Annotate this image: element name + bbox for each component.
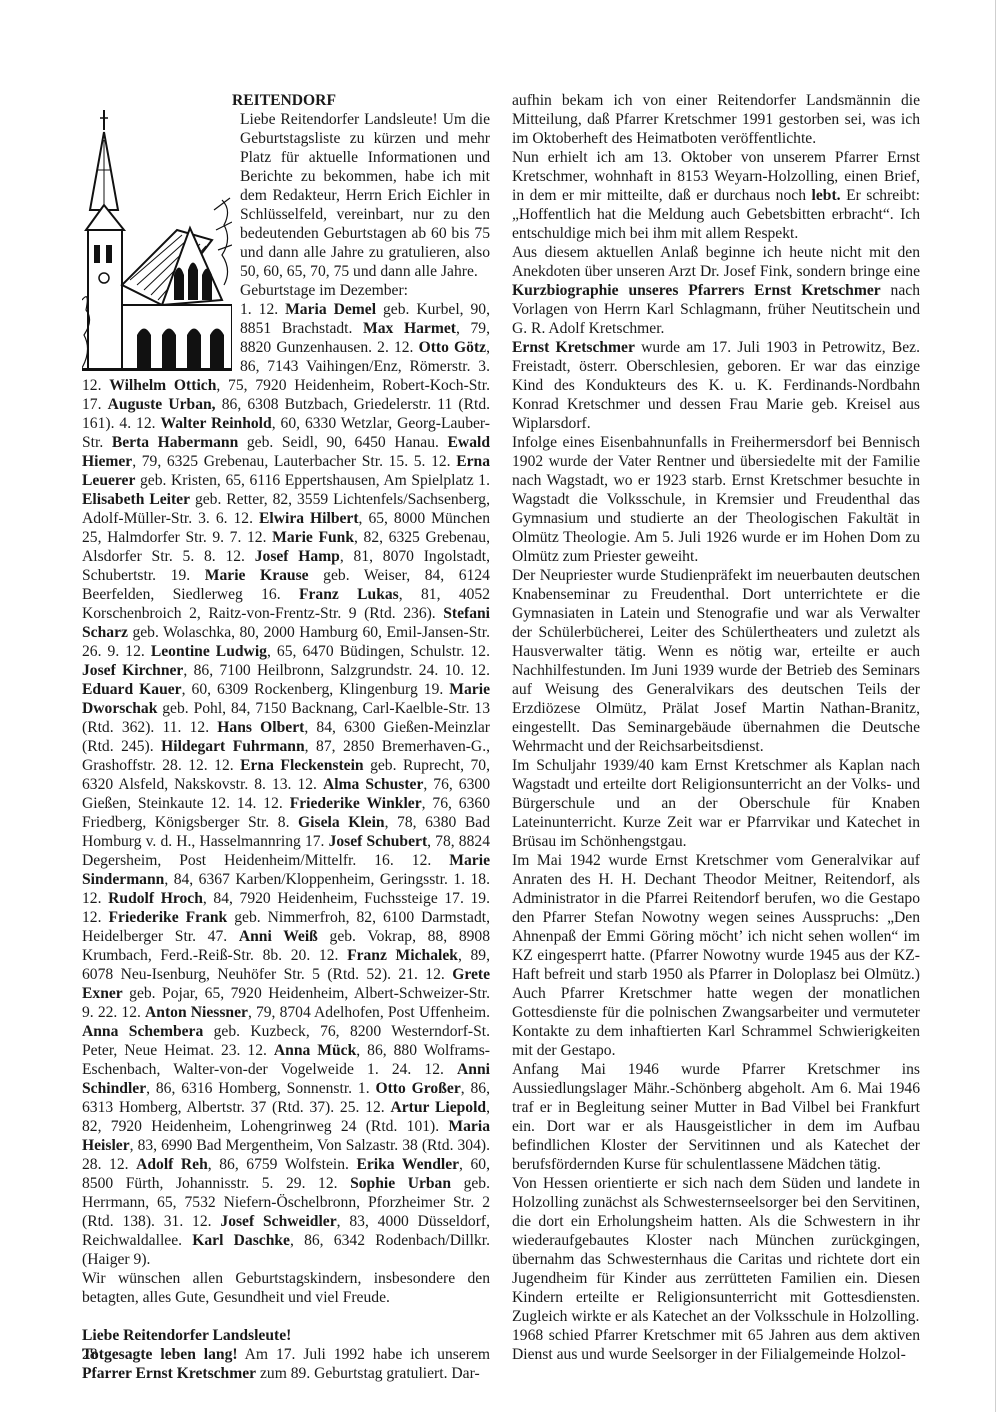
church-illustration-icon <box>82 110 232 371</box>
birthday-entry: Anton Niessner, 79, 8704 Adelhofen, Post… <box>145 1004 490 1021</box>
birthday-entry: Josef Kirchner, 86, 7100 Heilbronn, Salz… <box>82 662 490 679</box>
spacer <box>82 1307 490 1326</box>
birthday-entry: Berta Habermann geb. Seidl, 90, 6450 Han… <box>112 434 448 451</box>
birthday-entry: Adolf Reh, 86, 6759 Wolfstein. <box>136 1156 356 1173</box>
paragraph: Anfang Mai 1946 wurde Pfarrer Kretschmer… <box>512 1060 920 1174</box>
paragraph: Aus diesem aktuellen Anlaß beginne ich h… <box>512 243 920 338</box>
paragraph: Der Neupriester wurde Studienpräfekt im … <box>512 566 920 756</box>
paragraph: aufhin bekam ich von einer Reitendorfer … <box>512 91 920 148</box>
right-column: aufhin bekam ich von einer Reitendorfer … <box>512 91 920 1364</box>
left-column: REITENDORF <box>82 91 490 1383</box>
section-title: REITENDORF <box>232 91 490 110</box>
page-number: 28 <box>82 1346 98 1364</box>
page-edge-line <box>995 0 996 1412</box>
wishes-paragraph: Wir wünschen allen Geburtstagskindern, i… <box>82 1269 490 1307</box>
paragraph: Von Hessen orientierte er sich nach dem … <box>512 1174 920 1326</box>
paragraph: Im Schuljahr 1939/40 kam Ernst Kretschme… <box>512 756 920 851</box>
birthday-entry: Eduard Kauer, 60, 6309 Rockenberg, Kling… <box>82 681 449 698</box>
paragraph: Ernst Kretschmer wurde am 17. Juli 1903 … <box>512 338 920 433</box>
section2-heading: Liebe Reitendorfer Landsleute! <box>82 1326 490 1345</box>
paragraph: Nun erhielt ich am 13. Oktober von unser… <box>512 148 920 243</box>
paragraph: 1968 schied Pfarrer Kretschmer mit 65 Ja… <box>512 1326 920 1364</box>
paragraph: Infolge eines Eisenbahnunfalls in Freihe… <box>512 433 920 566</box>
paragraph: Im Mai 1942 wurde Ernst Kretschmer vom G… <box>512 851 920 1060</box>
birthday-entry: Leontine Ludwig, 65, 6470 Büdingen, Schu… <box>151 643 490 660</box>
section2-paragraph: Totgesagte leben lang! Am 17. Juli 1992 … <box>82 1345 490 1383</box>
birthday-list: 1. 12. Maria Demel geb. Kurbel, 90, 8851… <box>82 300 490 1269</box>
